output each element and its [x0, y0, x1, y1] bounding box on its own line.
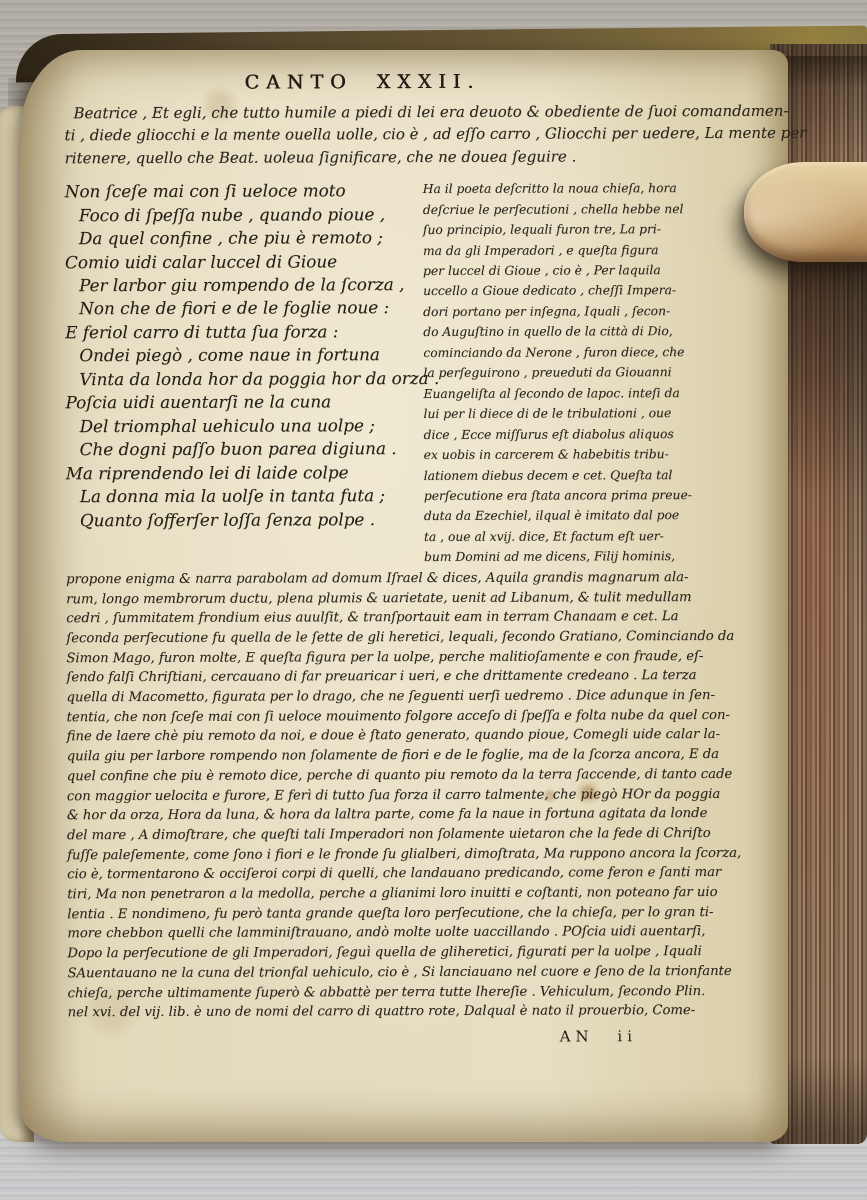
commentary-line: ma da gli Imperadori , e queſta figura	[423, 240, 667, 261]
verse-line: Comio uidi calar luccel di Gioue	[65, 250, 423, 275]
commentary-line: uccello a Gioue dedicato , cheſſi Impera…	[423, 281, 667, 302]
verse-line: La donna mia la uolſe in tanta futa ;	[66, 484, 424, 509]
commentary-line: Simon Mago, furon molte, E queſta figura…	[66, 647, 680, 669]
commentary-line: lentia . E nondimeno, fu però tanta gran…	[67, 903, 681, 925]
commentary-line: ſeconda perſecutione fu quella de le ſet…	[66, 627, 680, 649]
verse-line: Ma riprendendo lei di laide colpe	[66, 461, 424, 486]
verse-line: Foco di ſpeſſa nube , quando pioue ,	[65, 203, 423, 228]
two-column-section: Non ſceſe mai con ſi ueloce motoFoco di …	[65, 178, 768, 569]
book-page: CANTO XXXII. Beatrice , Et egli, che tut…	[20, 50, 788, 1142]
commentary-line: con maggior uelocita e furore, E ferì di…	[67, 785, 681, 807]
argument-line: ti , diede gliocchi e la mente ouella uo…	[65, 122, 767, 147]
commentary-line: dori portano per inſegna, Iquali , ſecon…	[423, 301, 667, 322]
page-text: CANTO XXXII. Beatrice , Et egli, che tut…	[64, 57, 769, 1047]
commentary-line: ex uobis in carcerem & habebitis tribu-	[424, 444, 668, 465]
commentary-line: fuſſe paleſemente, come ſono i fiori e l…	[67, 844, 681, 866]
wooden-page-holder	[744, 162, 867, 262]
commentary-column: Ha il poeta deſcritto la noua chieſa, ho…	[423, 178, 668, 567]
commentary-line: dice , Ecce miſſurus eſt diabolus aliquo…	[424, 424, 668, 445]
commentary-line: lationem diebus decem e cet. Queſta tal	[424, 465, 668, 486]
commentary-line: Ha il poeta deſcritto la noua chieſa, ho…	[423, 178, 667, 199]
verse-line: Per larbor giu rompendo de la ſcorza ,	[65, 273, 423, 298]
commentary-line: propone enigma & narra parabolam ad domu…	[66, 568, 680, 590]
commentary-line: Euangeliſta al ſecondo de lapoc. inteſi …	[423, 383, 667, 404]
commentary-line: del mare , A dimoſtrare, che queſti tali…	[67, 824, 681, 846]
commentary-line: per luccel di Gioue , cio è , Per laquil…	[423, 260, 667, 281]
commentary-line: nel xvi. del vij. lib. è uno de nomi del…	[68, 1001, 682, 1023]
commentary-line: chieſa, perche ultimamente ſuperò & abba…	[68, 982, 682, 1004]
commentary-line: rum, longo membrorum ductu, plena plumis…	[66, 588, 680, 610]
signature-mark: AN ii	[560, 1027, 770, 1046]
commentary-line: quella di Macometto, figurata per lo dra…	[66, 686, 680, 708]
canto-header: CANTO XXXII.	[64, 70, 660, 94]
commentary-line: bum Domini ad me dicens, Filij hominis,	[424, 546, 668, 567]
commentary-line: tiri, Ma non penetraron a la medolla, pe…	[67, 883, 681, 905]
commentary-line: la perſeguirono , preueduti da Giouanni	[423, 362, 667, 383]
verse-line: Del triomphal uehiculo una uolpe ;	[66, 414, 424, 439]
verse-line: Che dogni paſſo buon parea digiuna .	[66, 437, 424, 462]
commentary-line: perſecutione era ſtata ancora prima preu…	[424, 485, 668, 506]
commentary-line: ſuo principio, lequali furon tre, La pri…	[423, 219, 667, 240]
verse-line: Ondei piegò , come naue in fortuna	[65, 343, 423, 368]
verse-line: Non che de fiori e de le foglie noue :	[65, 296, 423, 321]
commentary-line: ta , oue al xvij. dice, Et factum eſt ue…	[424, 526, 668, 547]
verse-line: Vinta da londa hor da poggia hor da orza…	[65, 367, 423, 392]
commentary-line: cio è, tormentarono & occiſeroi corpi di…	[67, 863, 681, 885]
argument-paragraph: Beatrice , Et egli, che tutto humile a p…	[64, 100, 766, 170]
commentary-line: tentia, che non ſceſe mai con ſi ueloce …	[67, 706, 681, 728]
commentary-line: quel confine che piu è remoto dice, perc…	[67, 765, 681, 787]
argument-line: ritenere, quello che Beat. uoleua ſignif…	[65, 145, 767, 170]
verse-line: E feriol carro di tutta ſua forza :	[65, 320, 423, 345]
commentary-line: SAuentauano ne la cuna del trionfal uehi…	[67, 962, 681, 984]
commentary-line: duta da Ezechiel, ilqual è imitato dal p…	[424, 506, 668, 527]
verse-line: Non ſceſe mai con ſi ueloce moto	[65, 179, 423, 204]
commentary-line: & hor da orza, Hora da luna, & hora da l…	[67, 804, 681, 826]
argument-line: Beatrice , Et egli, che tutto humile a p…	[64, 100, 766, 125]
verse-line: Poſcia uidi auentarſi ne la cuna	[65, 390, 423, 415]
commentary-line: quila giu per larbore rompendo non ſolam…	[67, 745, 681, 767]
commentary-line: ſendo falſi Chriſtiani, cercauano di far…	[66, 666, 680, 688]
commentary-line: deſcriue le perſecutioni , chella hebbe …	[423, 199, 667, 220]
verse-column: Non ſceſe mai con ſi ueloce motoFoco di …	[65, 179, 424, 569]
commentary-line: do Auguſtino in quello de la città di Di…	[423, 322, 667, 343]
commentary-line: Dopo la perſecutione de gli Imperadori, …	[67, 942, 681, 964]
commentary-line: more chebbon quelli che lamminiſtrauano,…	[67, 923, 681, 945]
commentary-line: fine de laere chè piu remoto da noi, e d…	[67, 726, 681, 748]
commentary-line: cominciando da Nerone , furon diece, che	[423, 342, 667, 363]
commentary-line: lui per li diece di de le tribulationi ,…	[423, 403, 667, 424]
commentary-full-block: propone enigma & narra parabolam ad domu…	[66, 568, 682, 1023]
verse-line: Da quel confine , che piu è remoto ;	[65, 226, 423, 251]
verse-line: Quanto ſofferſer loſſa ſenza polpe .	[66, 508, 424, 533]
commentary-line: cedri , ſummitatem frondium eius auulſit…	[66, 607, 680, 629]
